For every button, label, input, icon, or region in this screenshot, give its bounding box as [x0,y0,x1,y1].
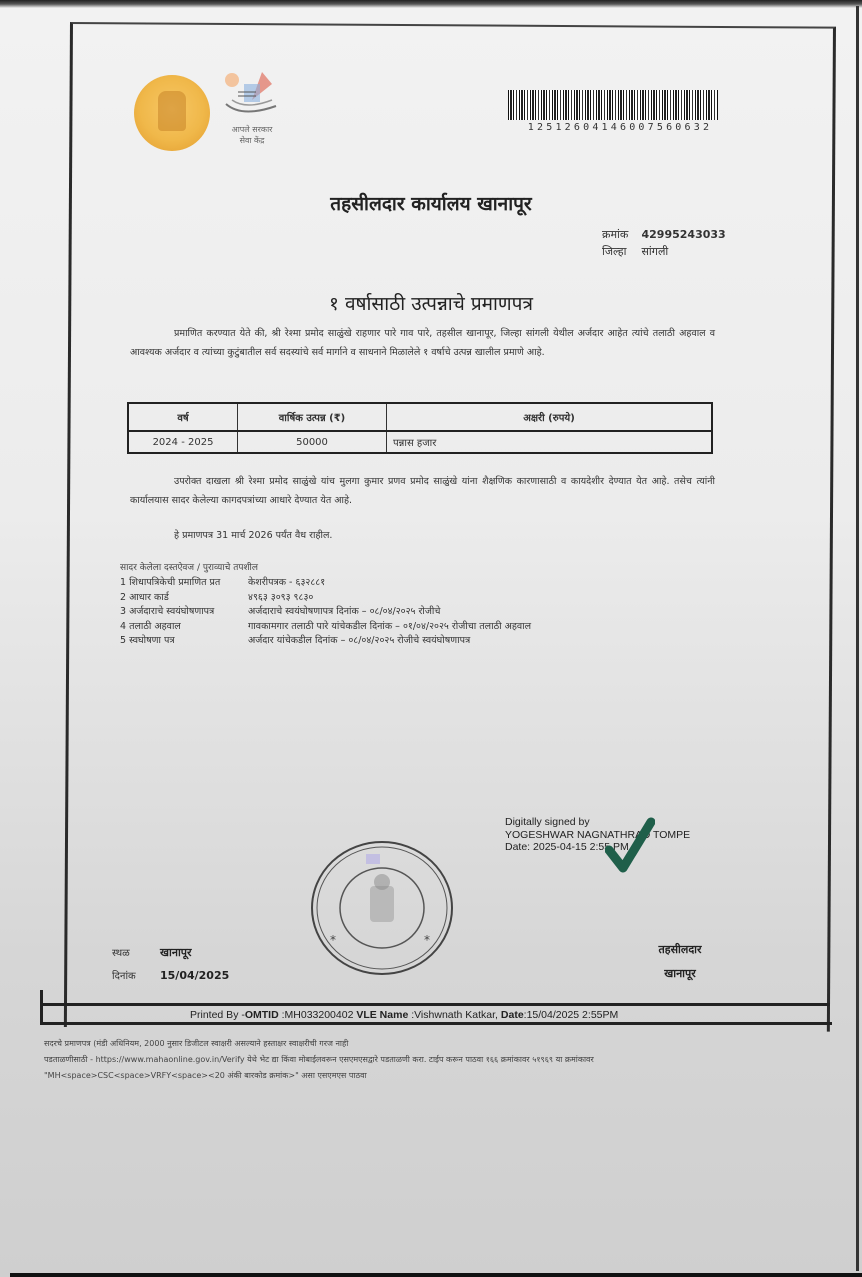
document-value: गावकामगार तलाठी पारे यांचेकडील दिनांक – … [248,620,531,635]
document-value: केशरीपत्रक - ६३२८८१ [248,576,325,591]
list-item: 1 शिधापत्रिकेची प्रमाणित प्रतकेशरीपत्रक … [120,576,531,591]
sthal-value: खानापूर [160,946,192,959]
print-date-value: :15/04/2025 2:55PM [524,1009,619,1021]
signature-verified-check-icon [605,816,655,874]
cell-year: 2024 - 2025 [128,431,238,453]
service-logo-caption: आपले सरकार सेवा केंद्र [222,124,282,146]
office-title: तहसीलदार कार्यालय खानापूर [0,190,862,216]
omtid-value: :MH033200402 [282,1009,354,1021]
validity-text: हे प्रमाणपत्र 31 मार्च 2026 पर्यंत वैध र… [174,526,759,545]
jilha-label: जिल्हा [602,243,638,260]
kramank-label: क्रमांक [602,226,638,243]
dinank-value: 15/04/2025 [160,969,229,982]
document-value: ४९६३ ३०९३ ९८३० [248,591,313,606]
official-seal-icon: * * [308,838,456,978]
document-label: 5 स्वघोषणा पत्र [120,634,248,649]
document-value: अर्जदाराचे स्वयंघोषणापत्र दिनांक – ०८/०४… [248,605,440,620]
table-header-row: वर्ष वार्षिक उत्पन्न (₹) अक्षरी (रुपये) [128,403,712,431]
officer-block: तहसीलदार खानापूर [640,938,720,986]
list-item: 4 तलाठी अहवालगावकामगार तलाठी पारे यांचेक… [120,620,531,635]
list-item: 2 आधार कार्ड४९६३ ३०९३ ९८३० [120,591,531,606]
certificate-meta: क्रमांक 42995243033 जिल्हा सांगली [602,226,726,260]
officer-place: खानापूर [640,962,720,986]
caption-line: आपले सरकार [222,124,282,135]
jilha-value: सांगली [642,245,669,258]
document-label: 3 अर्जदाराचे स्वयंघोषणापत्र [120,605,248,620]
border-line [40,1003,830,1006]
document-value: अर्जदार यांचेकडील दिनांक – ०८/०४/२०२५ रो… [248,634,470,649]
digital-signature-block: Digitally signed by YOGESHWAR NAGNATHRAO… [505,816,690,854]
footnote-line: पडताळणीसाठी - https://www.mahaonline.gov… [44,1052,784,1068]
paragraph-text: उपरोक्त दाखला श्री रेश्मा प्रमोद साळुंखे… [130,476,715,506]
svg-text:*: * [424,933,430,947]
vle-label: VLE Name [356,1009,408,1021]
aaple-sarkar-logo-icon [222,70,280,122]
officer-designation: तहसीलदार [640,938,720,962]
sthal-label: स्थळ [112,943,160,965]
kramank-value: 42995243033 [642,228,726,241]
printed-by-prefix: Printed By - [190,1009,245,1021]
print-date-label: Date [501,1009,524,1021]
document-label: 2 आधार कार्ड [120,591,248,606]
footnote-line: "MH<space>CSC<space>VRFY<space><20 अंकी … [44,1068,784,1084]
signer-name: YOGESHWAR NAGNATHRAO TOMPE [505,829,690,842]
cell-words: पन्नास हजार [387,431,713,453]
list-item: 5 स्वघोषणा पत्रअर्जदार यांचेकडील दिनांक … [120,634,531,649]
column-header-words: अक्षरी (रुपये) [387,403,713,431]
printed-by-line: Printed By -OMTID :MH033200402 VLE Name … [190,1009,618,1021]
caption-line: सेवा केंद्र [222,135,282,146]
border-line [40,1022,832,1025]
signature-caption: Digitally signed by [505,816,690,829]
documents-list: 1 शिधापत्रिकेची प्रमाणित प्रतकेशरीपत्रक … [120,576,531,649]
barcode-number: 12512604146007560632 [520,122,720,133]
border-line [40,990,43,1025]
paragraph-text: प्रमाणित करण्यात येते की, श्री रेश्मा प्… [130,328,715,358]
list-item: 3 अर्जदाराचे स्वयंघोषणापत्रअर्जदाराचे स्… [120,605,531,620]
certification-paragraph: प्रमाणित करण्यात येते की, श्री रेश्मा प्… [130,324,715,362]
dinank-label: दिनांक [112,966,160,988]
income-table: वर्ष वार्षिक उत्पन्न (₹) अक्षरी (रुपये) … [127,402,713,454]
certificate-title: १ वर्षासाठी उत्पन्नाचे प्रमाणपत्र [0,290,862,316]
photo-bottom-edge [10,1273,862,1277]
table-row: 2024 - 2025 50000 पन्नास हजार [128,431,712,453]
footnote-line: सदरचे प्रमाणपत्र (मंडी अधिनियम, 2000 नुस… [44,1036,784,1052]
photo-top-edge [0,0,862,8]
place-date-block: स्थळखानापूर दिनांक15/04/2025 [112,942,229,988]
verification-footnote: सदरचे प्रमाणपत्र (मंडी अधिनियम, 2000 नुस… [44,1036,784,1084]
vle-value: :Vishwnath Katkar, [411,1009,498,1021]
document-label: 4 तलाठी अहवाल [120,620,248,635]
cell-income: 50000 [238,431,387,453]
barcode [508,90,718,120]
document-label: 1 शिधापत्रिकेची प्रमाणित प्रत [120,576,248,591]
column-header-income: वार्षिक उत्पन्न (₹) [238,403,387,431]
documents-heading: सादर केलेला दस्तऐवज / पुराव्याचे तपशील [120,560,258,573]
government-emblem-icon [134,75,210,151]
omtid-label: OMTID [245,1009,279,1021]
svg-text:*: * [330,933,336,947]
column-header-year: वर्ष [128,403,238,431]
purpose-paragraph: उपरोक्त दाखला श्री रेश्मा प्रमोद साळुंखे… [130,472,715,510]
signature-date: Date: 2025-04-15 2:55 PM [505,841,690,854]
